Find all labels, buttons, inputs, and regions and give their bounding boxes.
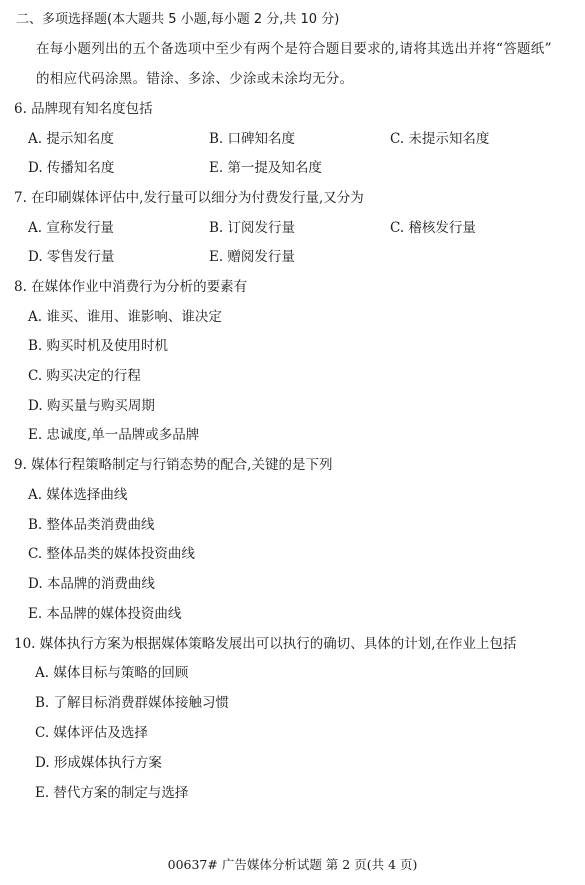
question-6-option-b: B. 口碑知名度 [209,130,295,148]
instructions-line-2: 的相应代码涂黑。错涂、多涂、少涂或未涂均无分。 [36,70,353,88]
question-8-option-a: A. 谁买、谁用、谁影响、谁决定 [28,308,222,326]
question-10-option-a: A. 媒体目标与策略的回顾 [35,664,188,682]
question-6-stem: 6. 品牌现有知名度包括 [14,100,153,118]
question-8-option-c: C. 购买决定的行程 [28,367,141,385]
question-6-option-d: D. 传播知名度 [28,159,114,177]
instructions-line-1: 在每小题列出的五个备选项中至少有两个是符合题目要求的,请将其选出并将“答题纸” [36,40,552,58]
question-7-stem: 7. 在印刷媒体评估中,发行量可以细分为付费发行量,又分为 [14,189,364,207]
section-title: 二、多项选择题(本大题共 5 小题,每小题 2 分,共 10 分) [16,11,339,29]
question-7-option-d: D. 零售发行量 [28,248,114,266]
question-9-option-a: A. 媒体选择曲线 [28,486,127,504]
question-7-option-a: A. 宣称发行量 [28,219,114,237]
question-7-option-c: C. 稽核发行量 [390,219,476,237]
question-10-option-e: E. 替代方案的制定与选择 [35,784,188,802]
question-8-option-b: B. 购买时机及使用时机 [28,337,168,355]
question-8-option-e: E. 忠诚度,单一品牌或多品牌 [28,426,199,444]
question-9-option-b: B. 整体品类消费曲线 [28,516,155,534]
question-6-option-a: A. 提示知名度 [28,130,114,148]
question-10-option-c: C. 媒体评估及选择 [35,724,148,742]
question-9-option-e: E. 本品牌的媒体投资曲线 [28,605,181,623]
question-7-option-e: E. 赠阅发行量 [209,248,295,266]
question-8-stem: 8. 在媒体作业中消费行为分析的要素有 [14,278,247,296]
question-6-option-c: C. 未提示知名度 [390,130,489,148]
question-9-option-c: C. 整体品类的媒体投资曲线 [28,545,195,563]
question-8-option-d: D. 购买量与购买周期 [28,397,155,415]
question-10-option-b: B. 了解目标消费群媒体接触习惯 [35,694,229,712]
question-10-stem: 10. 媒体执行方案为根据媒体策略发展出可以执行的确切、具体的计划,在作业上包括 [14,635,517,653]
page-footer: 00637# 广告媒体分析试题 第 2 页(共 4 页) [0,856,585,874]
question-9-option-d: D. 本品牌的消费曲线 [28,575,155,593]
question-10-option-d: D. 形成媒体执行方案 [35,754,162,772]
question-9-stem: 9. 媒体行程策略制定与行销态势的配合,关键的是下列 [14,456,332,474]
question-6-option-e: E. 第一提及知名度 [209,159,322,177]
question-7-option-b: B. 订阅发行量 [209,219,295,237]
